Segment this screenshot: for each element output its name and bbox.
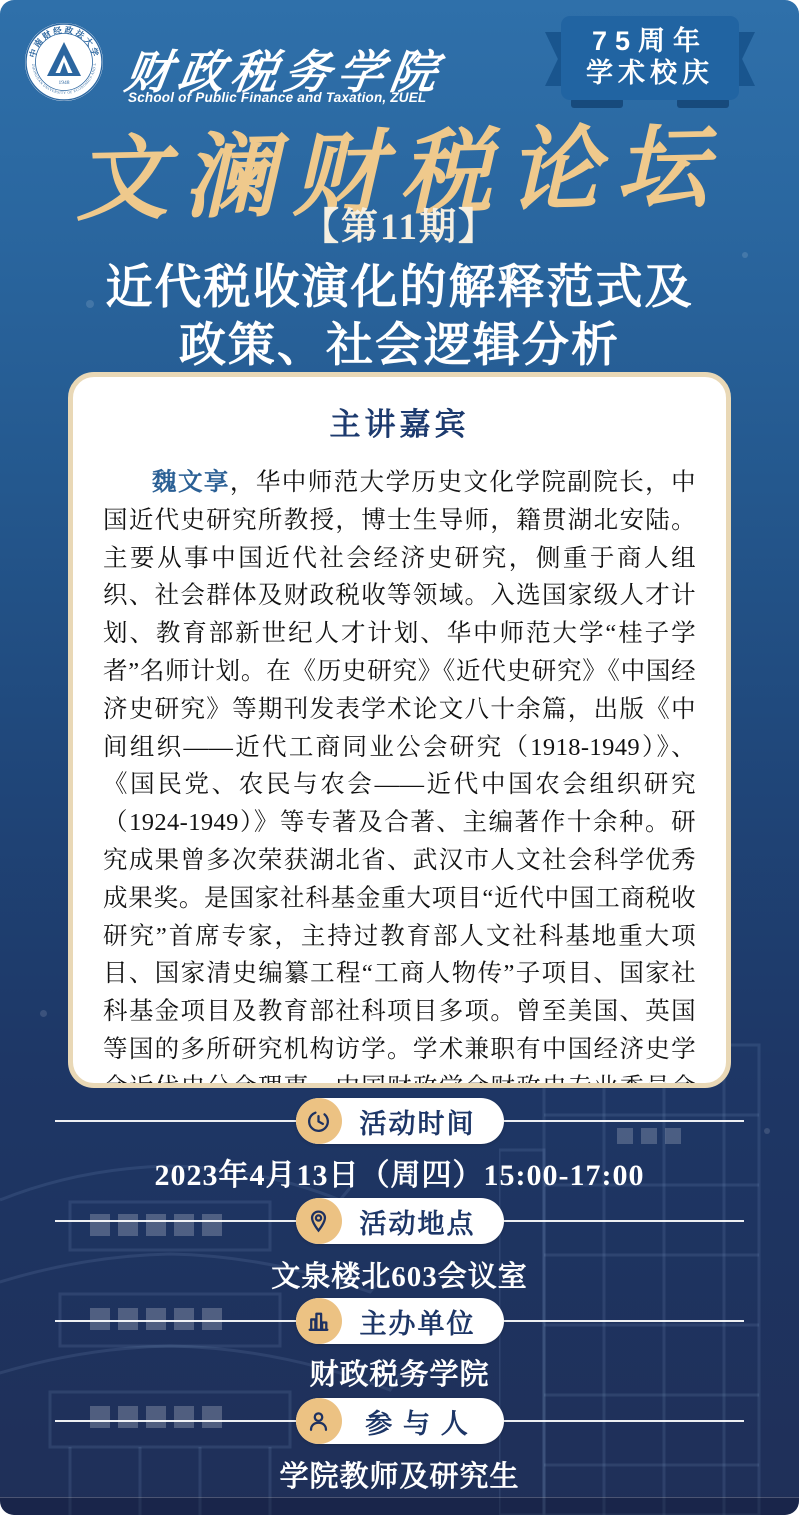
- ribbon-banner: 75周年 学术校庆: [561, 16, 739, 100]
- anniversary-ribbon: 75周年 学术校庆: [553, 16, 747, 102]
- decor-dot: [764, 1128, 770, 1134]
- section-value-location: 文泉楼北603会议室: [0, 1254, 799, 1295]
- section-badge-participants: 参 与 人: [296, 1398, 504, 1444]
- person-icon: [305, 1408, 332, 1435]
- connector-line: [504, 1320, 744, 1322]
- speaker-bio-text: ，华中师范大学历史文化学院副院长，中国近代史研究所教授，博士生导师，籍贯湖北安陆…: [103, 469, 696, 1088]
- badge-icon-circle: [296, 1398, 342, 1444]
- ribbon-line2: 学术校庆: [586, 57, 714, 91]
- lecture-title-line2: 政策、社会逻辑分析: [0, 308, 799, 375]
- ribbon-line1: 75周年: [592, 26, 708, 57]
- connector-line: [504, 1120, 744, 1122]
- building-icon: [305, 1308, 332, 1335]
- university-seal-logo: 中南财经政法大学 ZHONGNAN UNIVERSITY OF ECONOMIC…: [24, 22, 104, 102]
- section-badge-organizer: 主办单位: [296, 1298, 504, 1344]
- section-badge-time: 活动时间: [296, 1098, 504, 1144]
- connector-line: [55, 1320, 296, 1322]
- clock-icon: [305, 1108, 332, 1135]
- speaker-card: 主讲嘉宾 魏文享，华中师范大学历史文化学院副院长，中国近代史研究所教授，博士生导…: [68, 372, 731, 1088]
- header-logo-group: 中南财经政法大学 ZHONGNAN UNIVERSITY OF ECONOMIC…: [24, 20, 444, 110]
- connector-line: [504, 1220, 744, 1222]
- section-value-organizer: 财政税务学院: [0, 1352, 799, 1393]
- footer-strip: [0, 1497, 799, 1515]
- connector-line: [504, 1420, 744, 1422]
- speaker-card-heading: 主讲嘉宾: [103, 399, 696, 444]
- section-label-organizer: 主办单位: [342, 1302, 504, 1341]
- speaker-name: 魏文享: [152, 469, 230, 496]
- section-label-participants: 参 与 人: [342, 1402, 504, 1441]
- section-badge-location: 活动地点: [296, 1198, 504, 1244]
- issue-number: 【第11期】: [0, 196, 799, 250]
- svg-text:1948: 1948: [59, 80, 70, 86]
- connector-line: [55, 1220, 296, 1222]
- speaker-bio: 魏文享，华中师范大学历史文化学院副院长，中国近代史研究所教授，博士生导师，籍贯湖…: [103, 464, 696, 1088]
- section-value-time: 2023年4月13日（周四）15:00-17:00: [0, 1150, 799, 1194]
- connector-line: [55, 1420, 296, 1422]
- section-label-location: 活动地点: [342, 1202, 504, 1241]
- connector-line: [55, 1120, 296, 1122]
- section-label-time: 活动时间: [342, 1102, 504, 1141]
- pin-icon: [305, 1208, 332, 1235]
- badge-icon-circle: [296, 1198, 342, 1244]
- poster: 中南财经政法大学 ZHONGNAN UNIVERSITY OF ECONOMIC…: [0, 0, 799, 1515]
- badge-icon-circle: [296, 1298, 342, 1344]
- section-value-participants: 学院教师及研究生: [0, 1454, 799, 1495]
- lecture-title-line1: 近代税收演化的解释范式及: [0, 250, 799, 317]
- badge-icon-circle: [296, 1098, 342, 1144]
- decor-dot: [40, 1010, 47, 1017]
